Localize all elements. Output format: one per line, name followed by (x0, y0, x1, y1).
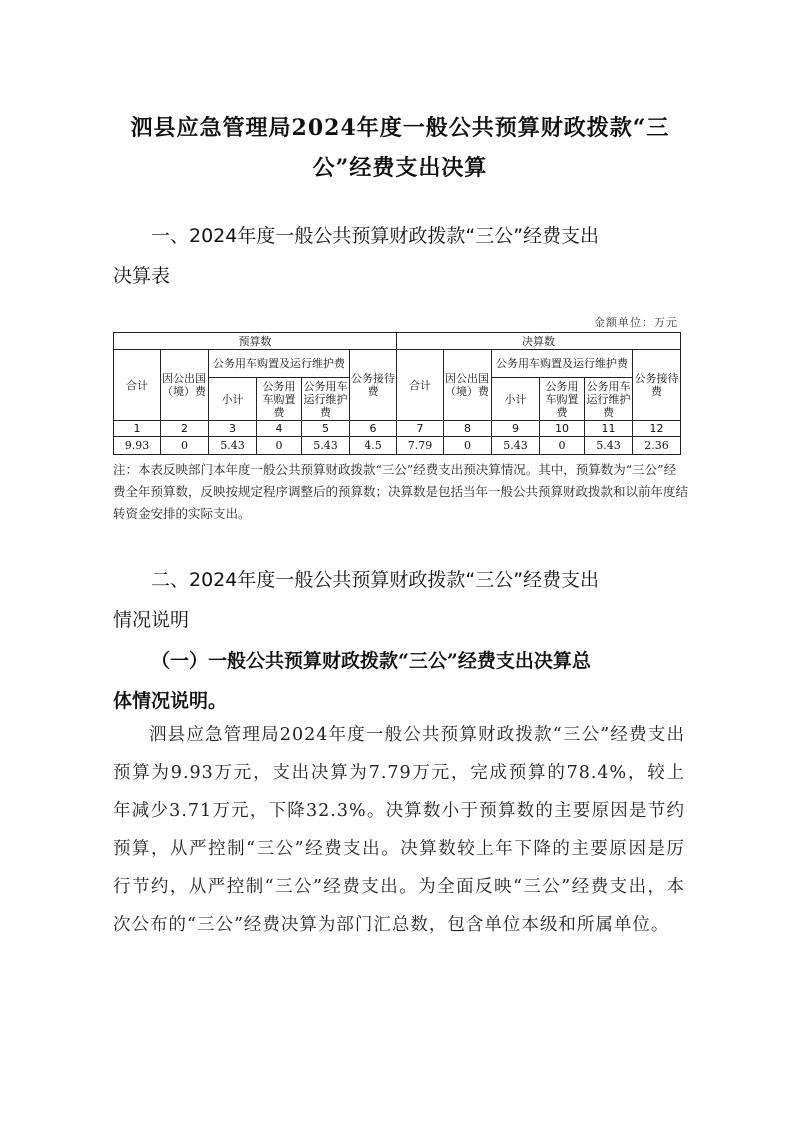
column-number: 3 (209, 421, 257, 437)
header-vehicle-group: 公务用车购置及运行维护费 (209, 350, 350, 378)
column-number: 10 (540, 421, 585, 437)
column-number-row: 1 2 3 4 5 6 7 8 9 10 11 12 (114, 421, 681, 437)
value-cell: 9.93 (114, 437, 161, 455)
column-number: 8 (444, 421, 492, 437)
header-subtotal: 小计 (209, 378, 257, 421)
header-abroad: 因公出国（境）费 (161, 350, 209, 421)
header-total: 合计 (397, 350, 444, 421)
three-public-expenses-table: 预算数 决算数 合计 因公出国（境）费 公务用车购置及运行维护费 公务接待费 合… (113, 332, 681, 455)
value-cell: 0 (540, 437, 585, 455)
value-cell: 0 (257, 437, 302, 455)
final-group-header: 决算数 (397, 333, 681, 350)
column-number: 12 (633, 421, 681, 437)
value-cell: 0 (161, 437, 209, 455)
header-subtotal: 小计 (492, 378, 540, 421)
header-vehicle-purchase: 公务用车购置费 (540, 378, 585, 421)
header-vehicle-purchase: 公务用车购置费 (257, 378, 302, 421)
value-cell: 5.43 (302, 437, 350, 455)
header-row-1: 合计 因公出国（境）费 公务用车购置及运行维护费 公务接待费 合计 因公出国（境… (114, 350, 681, 378)
column-number: 11 (585, 421, 633, 437)
group-header-row: 预算数 决算数 (114, 333, 681, 350)
header-abroad: 因公出国（境）费 (444, 350, 492, 421)
budget-group-header: 预算数 (114, 333, 397, 350)
value-cell: 0 (444, 437, 492, 455)
subsection-1-heading-line-1: （一）一般公共预算财政拨款“三公”经费支出决算总 (151, 650, 591, 672)
section-1-heading: 一、2024年度一般公共预算财政拨款“三公”经费支出 决算表 (113, 216, 693, 296)
value-cell: 2.36 (633, 437, 681, 455)
table-note: 注：本表反映部门本年度一般公共预算财政拨款“三公”经费支出预决算情况。其中，预算… (113, 459, 688, 525)
column-number: 2 (161, 421, 209, 437)
section-1-heading-line-1: 一、2024年度一般公共预算财政拨款“三公”经费支出 (151, 225, 599, 247)
value-cell: 5.43 (585, 437, 633, 455)
value-cell: 5.43 (492, 437, 540, 455)
header-vehicle-operation: 公务用车运行维护费 (302, 378, 350, 421)
column-number: 6 (350, 421, 397, 437)
table-row: 9.93 0 5.43 0 5.43 4.5 7.79 0 5.43 0 5.4… (114, 437, 681, 455)
section-2-heading-line-2: 情况说明 (113, 600, 693, 640)
summary-paragraph: 泗县应急管理局2024年度一般公共预算财政拨款“三公”经费支出预算为9.93万元… (113, 716, 685, 944)
document-title: 泗县应急管理局2024年度一般公共预算财政拨款“三 公”经费支出决算 (100, 108, 700, 188)
section-2-heading: 二、2024年度一般公共预算财政拨款“三公”经费支出 情况说明 (113, 560, 693, 640)
header-total: 合计 (114, 350, 161, 421)
column-number: 9 (492, 421, 540, 437)
header-vehicle-operation: 公务用车运行维护费 (585, 378, 633, 421)
subsection-1-heading: （一）一般公共预算财政拨款“三公”经费支出决算总 体情况说明。 (113, 641, 693, 721)
value-cell: 4.5 (350, 437, 397, 455)
unit-label: 金额单位：万元 (594, 314, 678, 330)
column-number: 5 (302, 421, 350, 437)
section-2-heading-line-1: 二、2024年度一般公共预算财政拨款“三公”经费支出 (151, 569, 599, 591)
column-number: 4 (257, 421, 302, 437)
column-number: 7 (397, 421, 444, 437)
header-reception: 公务接待费 (350, 350, 397, 421)
subsection-1-heading-line-2: 体情况说明。 (113, 681, 693, 721)
header-vehicle-group: 公务用车购置及运行维护费 (492, 350, 633, 378)
column-number: 1 (114, 421, 161, 437)
title-line-2: 公”经费支出决算 (100, 148, 700, 188)
section-1-heading-line-2: 决算表 (113, 256, 693, 296)
document-page: 泗县应急管理局2024年度一般公共预算财政拨款“三 公”经费支出决算 一、202… (0, 0, 793, 1122)
header-reception: 公务接待费 (633, 350, 681, 421)
value-cell: 5.43 (209, 437, 257, 455)
title-line-1: 泗县应急管理局2024年度一般公共预算财政拨款“三 (100, 108, 700, 148)
value-cell: 7.79 (397, 437, 444, 455)
